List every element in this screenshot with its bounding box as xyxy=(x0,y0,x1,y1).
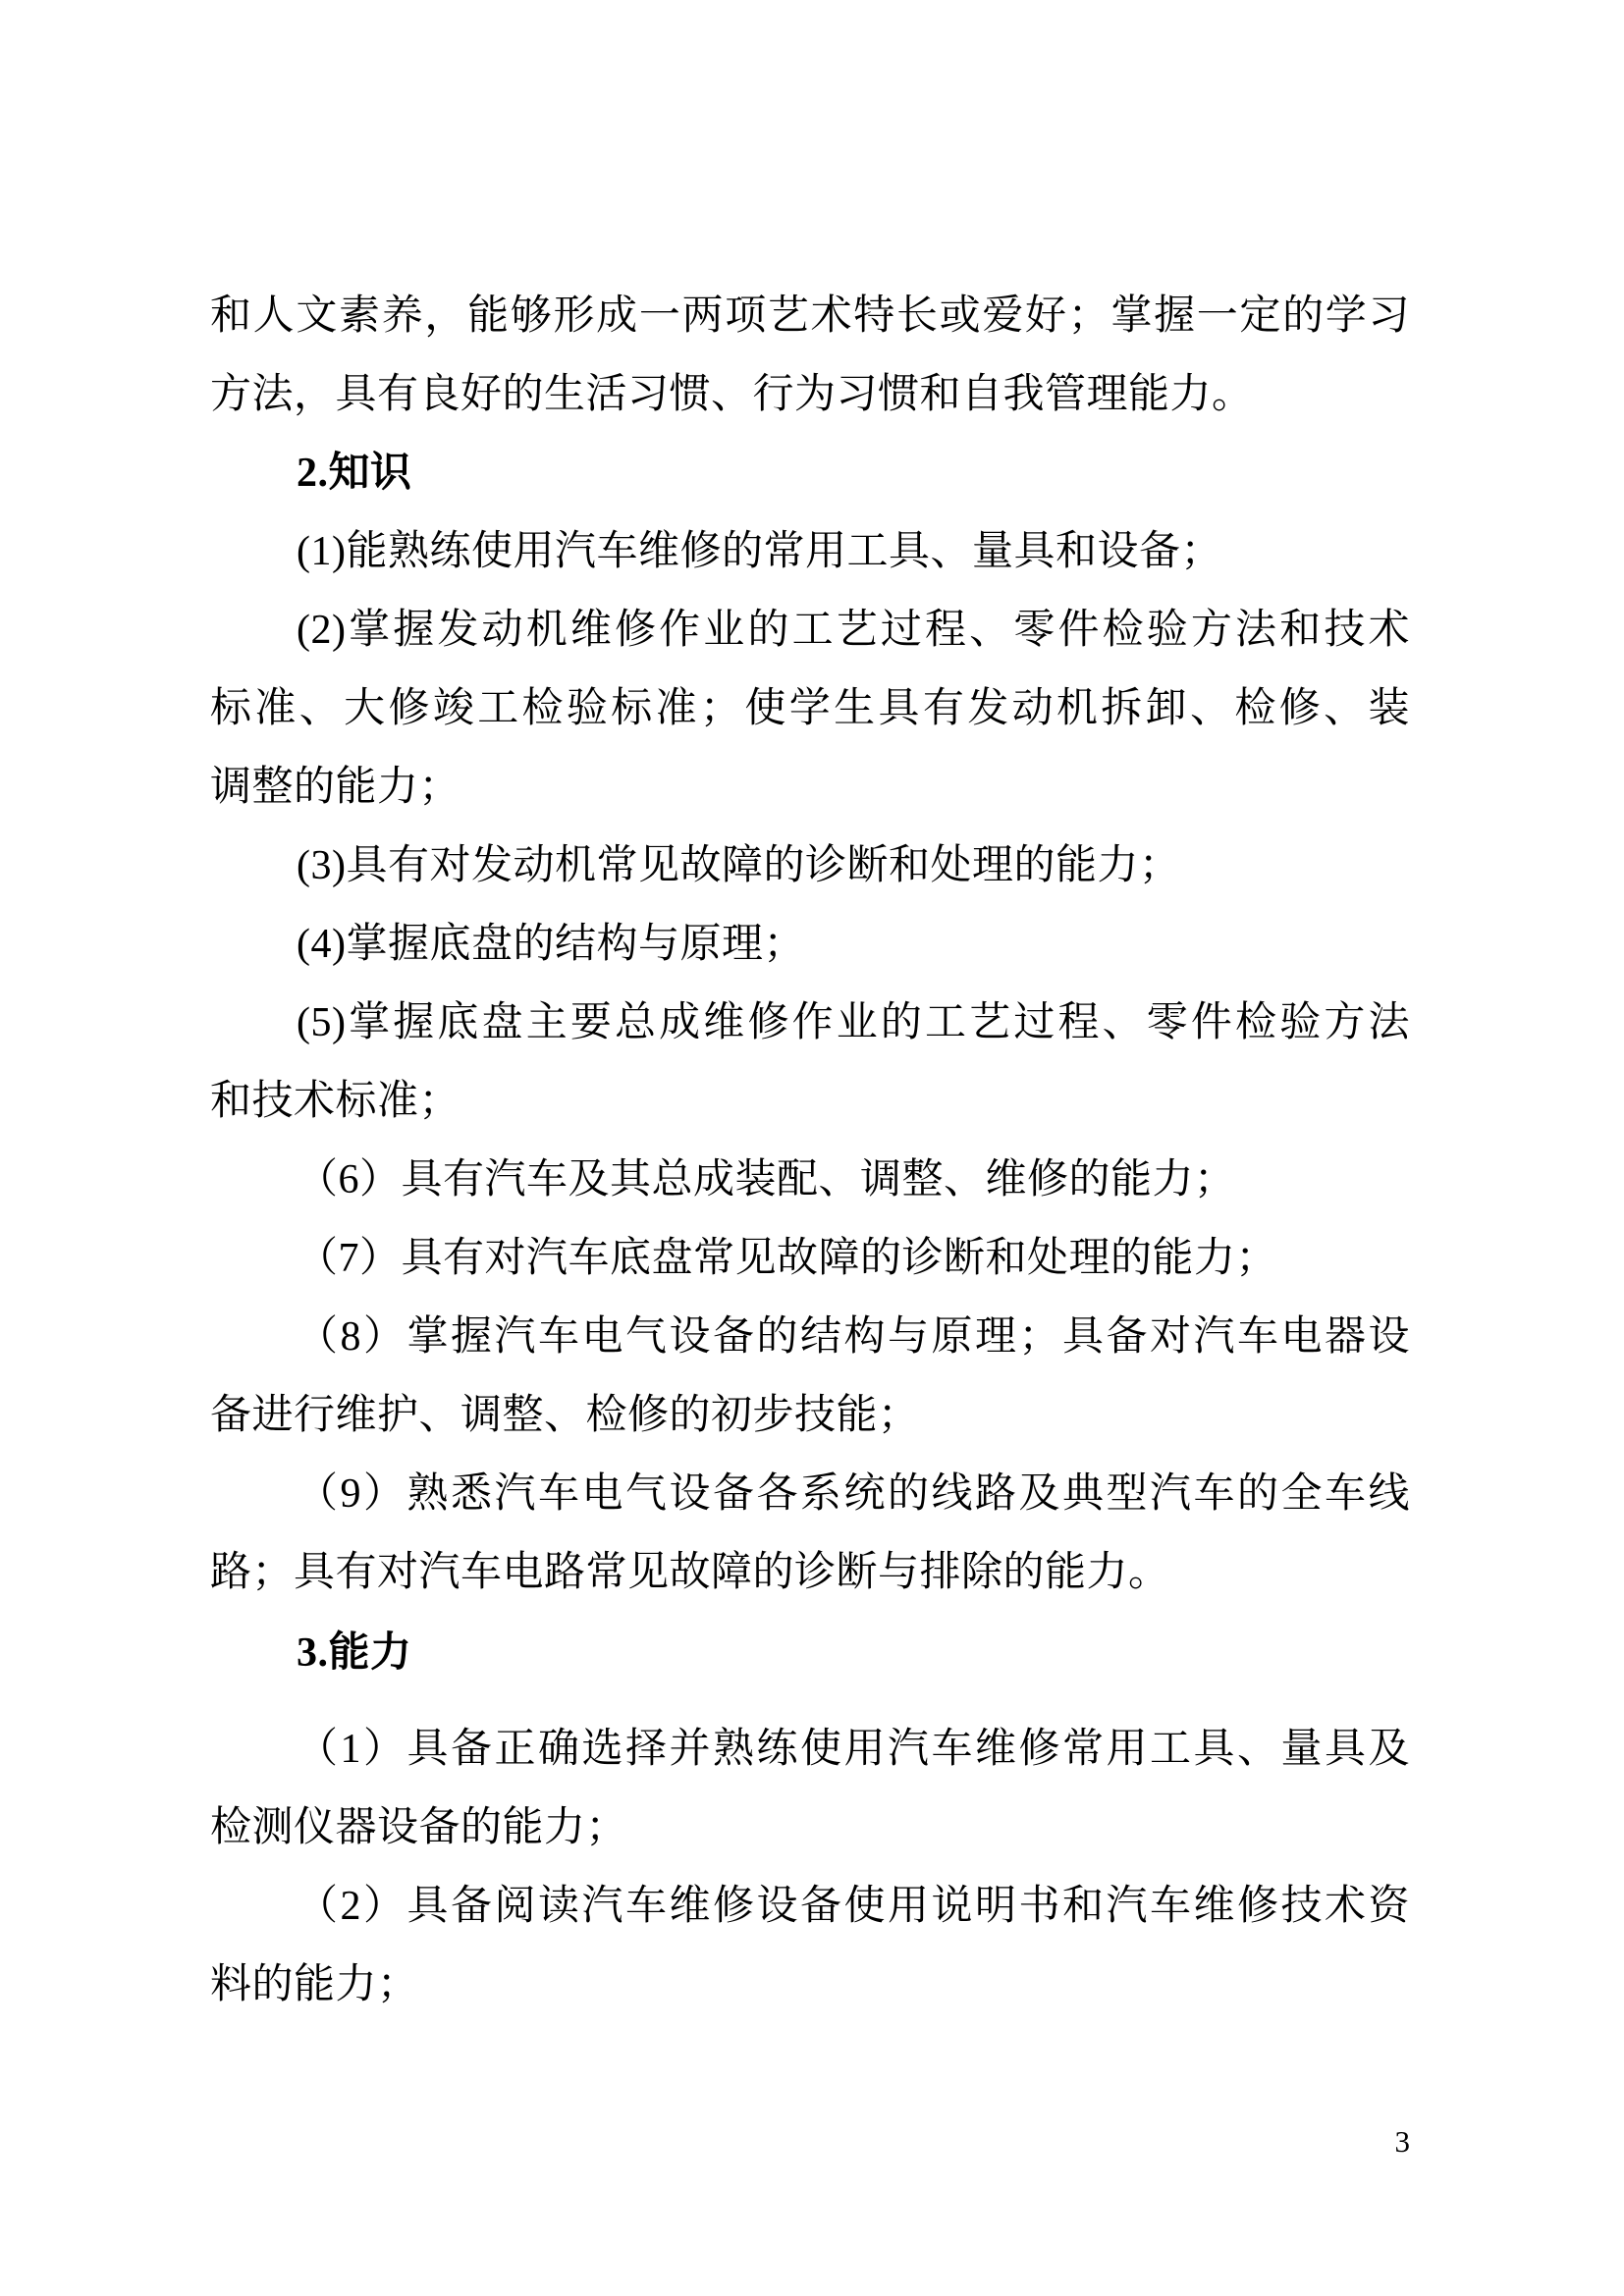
text-line: 检测仪器设备的能力； xyxy=(210,1789,1410,1867)
text-line: （1）具备正确选择并熟练使用汽车维修常用工具、量具及 xyxy=(210,1710,1410,1789)
text-line: 和技术标准； xyxy=(210,1062,1410,1141)
text-line: （8）掌握汽车电气设备的结构与原理；具备对汽车电器设 xyxy=(210,1298,1410,1376)
text-line: 路；具有对汽车电路常见故障的诊断与排除的能力。 xyxy=(210,1533,1410,1612)
text-line: 备进行维护、调整、检修的初步技能； xyxy=(210,1376,1410,1455)
text-line: 调整的能力； xyxy=(210,748,1410,827)
text-line: (4)掌握底盘的结构与原理； xyxy=(210,905,1410,984)
page-number: 3 xyxy=(1395,2124,1411,2159)
text-line: (2)掌握发动机维修作业的工艺过程、零件检验方法和技术 xyxy=(210,591,1410,669)
text-line: 料的能力； xyxy=(210,1946,1410,2024)
text-line: （7）具有对汽车底盘常见故障的诊断和处理的能力； xyxy=(210,1219,1410,1298)
text-line: 标准、大修竣工检验标准；使学生具有发动机拆卸、检修、装配、 xyxy=(210,669,1410,748)
document-page: 和人文素养，能够形成一两项艺术特长或爱好；掌握一定的学习方法，具有良好的生活习惯… xyxy=(0,0,1624,2296)
text-line: （9）熟悉汽车电气设备各系统的线路及典型汽车的全车线 xyxy=(210,1455,1410,1533)
text-line: (3)具有对发动机常见故障的诊断和处理的能力； xyxy=(210,827,1410,905)
section-heading-ability: 3.能力 xyxy=(210,1614,1410,1692)
text-line: 方法，具有良好的生活习惯、行为习惯和自我管理能力。 xyxy=(210,355,1410,434)
text-line: （2）具备阅读汽车维修设备使用说明书和汽车维修技术资 xyxy=(210,1867,1410,1946)
page-footer: 3 xyxy=(210,2120,1410,2163)
text-line: (5)掌握底盘主要总成维修作业的工艺过程、零件检验方法 xyxy=(210,984,1410,1062)
text-line: (1)能熟练使用汽车维修的常用工具、量具和设备； xyxy=(210,512,1410,591)
text-line: （6）具有汽车及其总成装配、调整、维修的能力； xyxy=(210,1141,1410,1219)
text-block: 和人文素养，能够形成一两项艺术特长或爱好；掌握一定的学习方法，具有良好的生活习惯… xyxy=(210,277,1410,2024)
text-line: 和人文素养，能够形成一两项艺术特长或爱好；掌握一定的学习 xyxy=(210,277,1410,355)
section-heading-knowledge: 2.知识 xyxy=(210,434,1410,512)
